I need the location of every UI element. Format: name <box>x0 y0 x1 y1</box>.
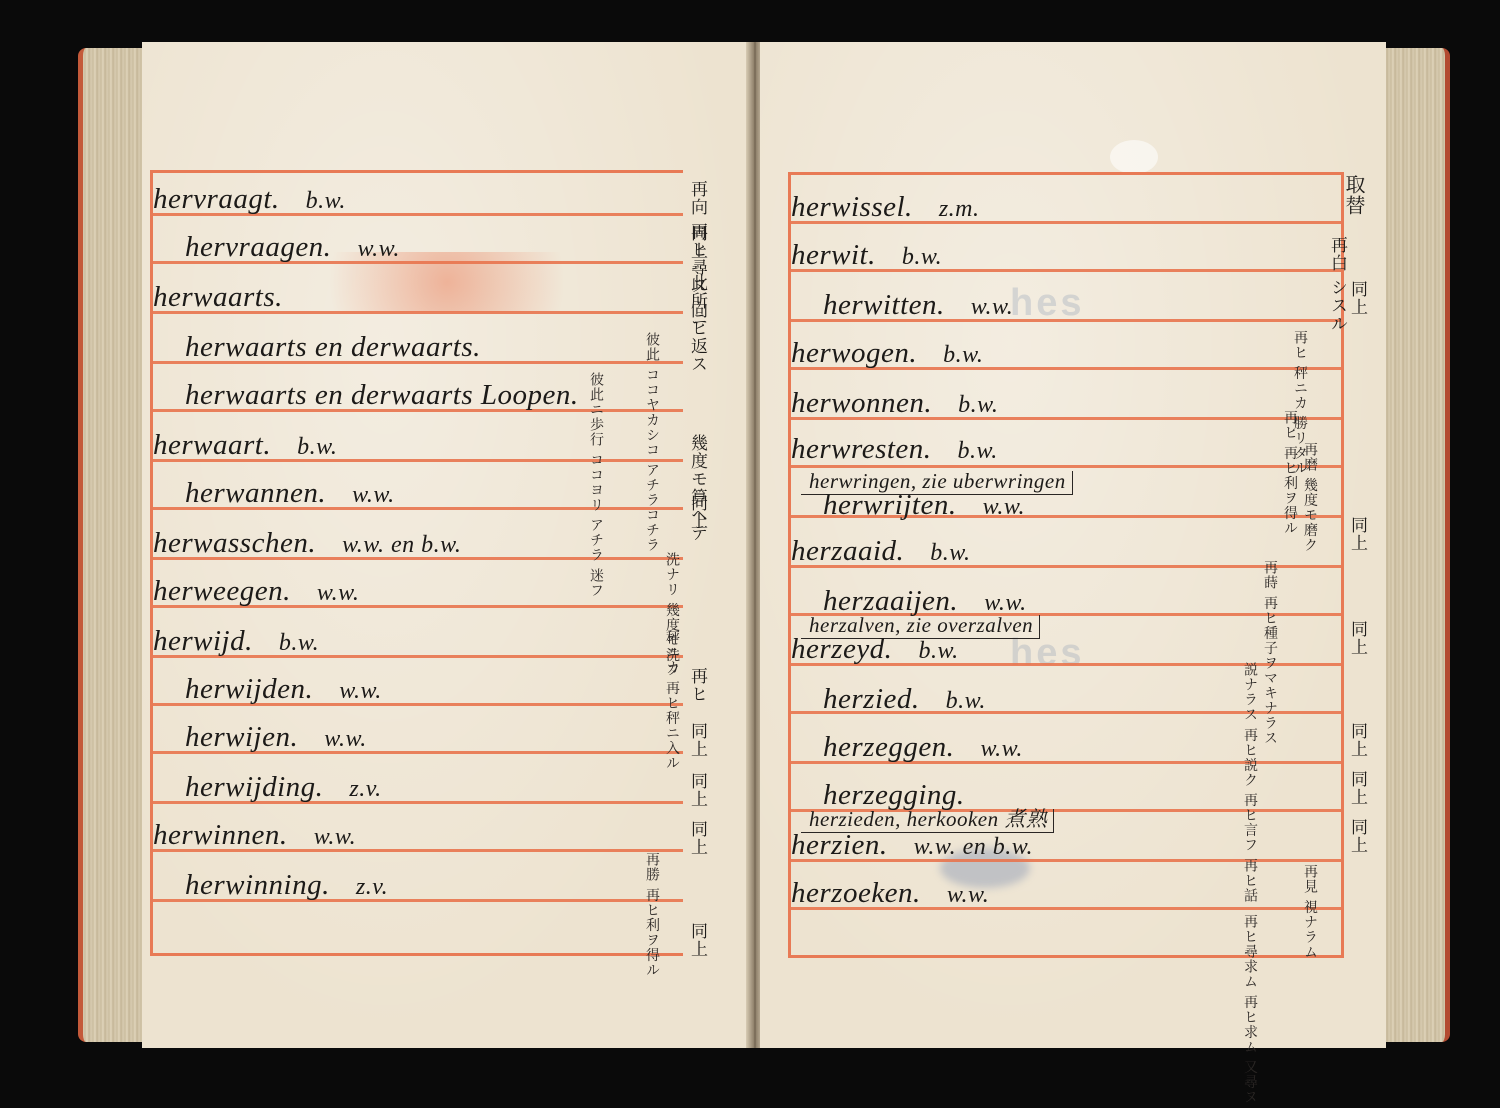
japanese-gloss: 同上 <box>1345 620 1370 656</box>
japanese-gloss: 再勝 再ヒ利ヲ得ル <box>642 852 662 912</box>
dictionary-entry: herwitten.w.w. <box>791 291 1013 341</box>
dictionary-entry: herwonnen.b.w. <box>791 389 998 439</box>
dictionary-entry: herwinning.z.v. <box>153 871 388 921</box>
dictionary-entry: herwijding.z.v. <box>153 773 382 823</box>
paper-spot <box>1110 140 1158 174</box>
japanese-gloss: 再蒔 再ヒ種子ヲマキナラス <box>1260 560 1280 620</box>
dictionary-entry: herwissel.z.m. <box>791 193 979 243</box>
dictionary-entry: herzaaid.b.w. <box>791 537 970 587</box>
dictionary-entry: herwogen.b.w. <box>791 339 983 389</box>
dictionary-entry: herzeyd.b.w. <box>791 635 959 685</box>
japanese-gloss: 再見 視ナラム <box>1300 864 1320 924</box>
dictionary-entry: herzied.b.w. <box>791 685 986 735</box>
japanese-gloss: 同上 <box>1345 280 1370 316</box>
japanese-gloss: 同上 <box>1345 516 1370 552</box>
dictionary-entry: herwijen.w.w. <box>153 723 367 773</box>
dictionary-entry: herwaarts. <box>153 283 309 333</box>
dictionary-entry: herwit.b.w. <box>791 241 942 291</box>
right-page-edges <box>1381 48 1450 1042</box>
open-book: hervraagt.b.w. hervraagen.w.w. herwaarts… <box>78 42 1450 1048</box>
japanese-gloss: 同上 <box>685 722 710 758</box>
japanese-gloss: 同上 <box>1345 770 1370 806</box>
dictionary-entry: herwannen.w.w. <box>153 479 395 529</box>
japanese-gloss: 同上 <box>1345 722 1370 758</box>
japanese-gloss: 同上 <box>1345 818 1370 854</box>
japanese-gloss: 同上 <box>685 922 710 958</box>
left-page-edges <box>78 48 147 1042</box>
dictionary-entry: herwinnen.w.w. <box>153 821 356 871</box>
dictionary-entry: herwaarts en derwaarts. <box>153 333 507 383</box>
japanese-gloss: 洗ナリ 幾度モ洗フ <box>662 552 682 622</box>
japanese-gloss: 同上 <box>685 820 710 856</box>
dictionary-entry: herwijd.b.w. <box>153 627 319 677</box>
right-page: hes hes herwissel.z.m. herwit.b.w. herwi… <box>760 42 1386 1048</box>
japanese-gloss: 秤ニカ 再ヒ秤ニ入ル <box>662 630 682 690</box>
japanese-gloss: 此所ニ <box>685 274 710 328</box>
dictionary-entry: herwasschen.w.w. en b.w. <box>153 529 461 579</box>
dictionary-entry: herzeggen.w.w. <box>791 733 1023 783</box>
japanese-gloss: 同上 <box>685 494 710 530</box>
japanese-gloss: 彼此ニ歩行 ココヨリ アチラ 迷フ <box>586 372 606 452</box>
japanese-gloss: 取替 <box>1340 174 1369 216</box>
dictionary-entry: herwrijten.w.w. <box>791 491 1025 541</box>
japanese-gloss: 再ヒ 秤ニカ 勝リタル <box>1290 330 1310 410</box>
japanese-gloss: 再ヒ <box>685 667 710 703</box>
dictionary-entry: herwaart.b.w. <box>153 431 337 481</box>
japanese-gloss: 同上 <box>685 772 710 808</box>
dictionary-entry: hervraagt.b.w. <box>153 185 346 235</box>
dictionary-entry: hervraagen.w.w. <box>153 233 400 283</box>
dictionary-entry: herzoeken.w.w. <box>791 879 989 929</box>
japanese-gloss: 再ヒ 再ヒ利ヲ得ル <box>1280 410 1300 470</box>
japanese-gloss: 再磨 幾度モ磨ク <box>1300 442 1320 502</box>
dictionary-entry: herweegen.w.w. <box>153 577 359 627</box>
japanese-gloss: 彼此 ココヤカシコ アチラコチラ <box>642 332 662 422</box>
japanese-gloss: 説ナラス 再ヒ説ク 再ヒ言フ 再ヒ話 <box>1240 662 1260 722</box>
japanese-gloss: 再ヒ尋求ム 再ヒ求ム 又尋ヌ サカス 探索スル <box>1240 914 1260 974</box>
dictionary-entry: herwijden.w.w. <box>153 675 382 725</box>
japanese-gloss: 再向 再ヒ尋ヌ 向ヒ返ス <box>685 180 710 214</box>
left-page: hervraagt.b.w. hervraagen.w.w. herwaarts… <box>142 42 750 1048</box>
dictionary-entry: herwaarts en derwaarts Loopen. <box>153 381 605 431</box>
japanese-gloss: 同上 <box>685 224 710 260</box>
dictionary-entry: herzien.w.w. en b.w. <box>791 831 1033 881</box>
